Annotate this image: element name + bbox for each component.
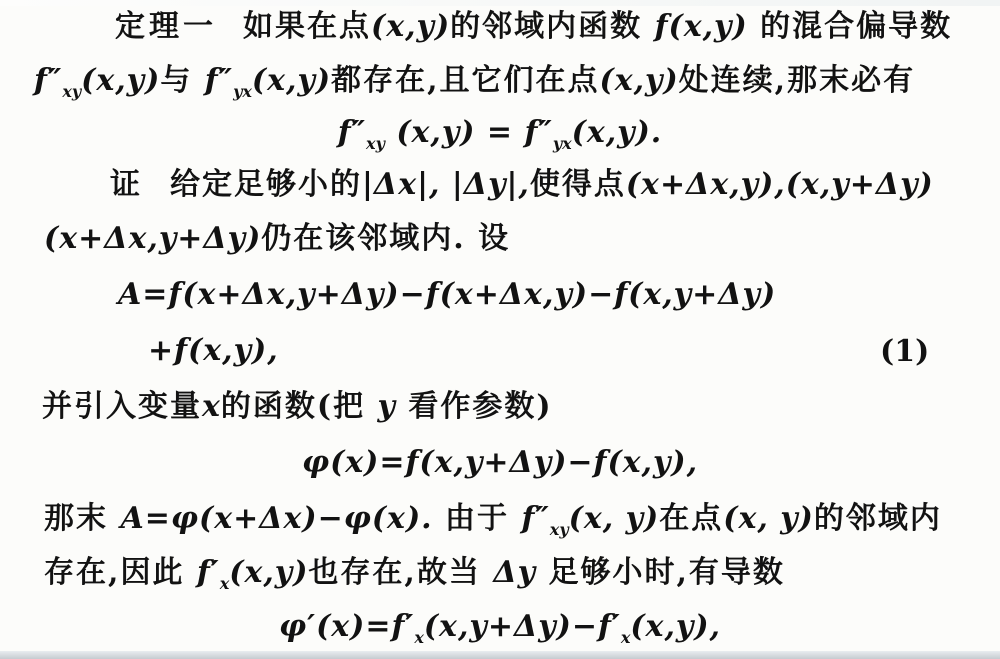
text-segment: f″ xyxy=(338,115,366,150)
theorem-heading-line: 定理一如果在点(x,y)的邻域内函数 f(x,y) 的混合偏导数 xyxy=(115,8,952,46)
text-segment: A=φ(x+Δx)−φ(x). xyxy=(120,501,432,536)
text-segment: (x,y) xyxy=(81,63,160,98)
text-segment: 仍在该邻域内. 设 xyxy=(261,221,510,256)
phi-derivative-equation: φ′(x)=f′x(x,y+Δy)−f′x(x,y), xyxy=(0,608,1000,657)
text-segment: (x,y) xyxy=(252,63,331,98)
text-segment: 的邻域内 xyxy=(814,501,942,536)
text-segment: 并引入变量 xyxy=(42,389,202,424)
text-segment: xy xyxy=(366,134,385,153)
scan-edge-top xyxy=(0,0,1000,6)
text-segment: 与 xyxy=(160,63,204,98)
text-segment: f″ xyxy=(521,501,549,536)
text-segment: y xyxy=(378,389,396,424)
text-segment: (x, y) xyxy=(723,501,814,536)
text-segment: 处连续,那末必有 xyxy=(679,63,915,98)
equation-number-1: (1) xyxy=(880,334,929,369)
text-segment: 在点 xyxy=(659,501,723,536)
text-segment: φ(x)=f(x,y+Δy)−f(x,y), xyxy=(302,445,698,480)
exists-therefore-line: 存在,因此 f′x(x,y)也存在,故当 Δy 足够小时,有导数 xyxy=(44,554,785,603)
text-segment: 证 xyxy=(110,167,144,202)
text-segment: f″ xyxy=(205,63,233,98)
text-segment: (x,y) = f″ xyxy=(385,115,553,150)
theorem-equation-line: f″xy (x,y) = f″yx(x,y). xyxy=(0,114,1000,163)
text-segment: A=f(x+Δx,y+Δy)−f(x+Δx,y)−f(x,y+Δy) xyxy=(118,277,776,312)
text-segment: Δy xyxy=(493,555,536,590)
text-segment: (x+Δx,y+Δy) xyxy=(44,221,261,256)
text-segment: 定理一 xyxy=(115,9,217,44)
equation-A-definition-line-2: +f(x,y), xyxy=(148,332,279,370)
text-segment: xy xyxy=(550,520,569,539)
text-segment: 的混合偏导数 xyxy=(748,9,952,44)
text-segment: φ′(x)=f′ xyxy=(279,609,414,644)
text-segment: (x,y) xyxy=(229,555,308,590)
text-segment: yx xyxy=(233,82,252,101)
text-segment: (x+Δx,y),(x,y+Δy) xyxy=(626,167,934,202)
text-segment: (x,y+Δy)−f′ xyxy=(424,609,621,644)
phi-definition-equation: φ(x)=f(x,y+Δy)−f(x,y), xyxy=(0,444,1000,482)
theorem-statement-line: f″xy(x,y)与 f″yx(x,y)都存在,且它们在点(x,y)处连续,那末… xyxy=(34,62,915,111)
text-segment: (x,y) xyxy=(371,9,450,44)
text-segment: 的邻域内函数 xyxy=(450,9,654,44)
text-segment: 使得点 xyxy=(530,167,626,202)
text-segment: (x, y) xyxy=(569,501,660,536)
text-segment: 由于 xyxy=(433,501,522,536)
text-segment: xy xyxy=(62,82,81,101)
text-segment: 给定足够小的 xyxy=(170,167,362,202)
text-segment: (x,y), xyxy=(630,609,721,644)
scan-edge-bottom xyxy=(0,651,1000,659)
text-segment: +f(x,y), xyxy=(148,333,279,368)
introduce-variable-line: 并引入变量x的函数(把 y 看作参数) xyxy=(42,388,553,426)
text-segment: 足够小时,有导数 xyxy=(536,555,785,590)
text-segment: 如果在点 xyxy=(243,9,371,44)
proof-start-line: 证给定足够小的|Δx|, |Δy|,使得点(x+Δx,y),(x,y+Δy) xyxy=(110,166,934,204)
text-segment: 也存在,故当 xyxy=(308,555,493,590)
proof-line-2: (x+Δx,y+Δy)仍在该邻域内. 设 xyxy=(44,220,510,258)
text-segment: 的函数(把 xyxy=(221,389,378,424)
equation-A-definition-line-1: A=f(x+Δx,y+Δy)−f(x+Δx,y)−f(x,y+Δy) xyxy=(118,276,776,314)
text-segment: |Δx|, |Δy|, xyxy=(362,167,530,202)
text-segment: (x,y) xyxy=(600,63,679,98)
text-segment: 看作参数) xyxy=(396,389,553,424)
text-segment: yx xyxy=(553,134,572,153)
text-segment: x xyxy=(621,628,631,647)
text-segment: f″ xyxy=(34,63,62,98)
text-segment: 都存在,且它们在点 xyxy=(331,63,599,98)
text-segment: x xyxy=(202,389,221,424)
text-segment: x xyxy=(414,628,424,647)
scanned-textbook-page: 定理一如果在点(x,y)的邻域内函数 f(x,y) 的混合偏导数 f″xy(x,… xyxy=(0,0,1000,659)
text-segment: (x,y). xyxy=(572,115,663,150)
text-segment: x xyxy=(220,574,230,593)
text-segment: f′ xyxy=(197,555,220,590)
text-segment: 存在,因此 xyxy=(44,555,197,590)
then-A-equals-line: 那末 A=φ(x+Δx)−φ(x). 由于 f″xy(x, y)在点(x, y)… xyxy=(44,500,942,549)
text-segment: 那末 xyxy=(44,501,120,536)
text-segment: f(x,y) xyxy=(655,9,748,44)
